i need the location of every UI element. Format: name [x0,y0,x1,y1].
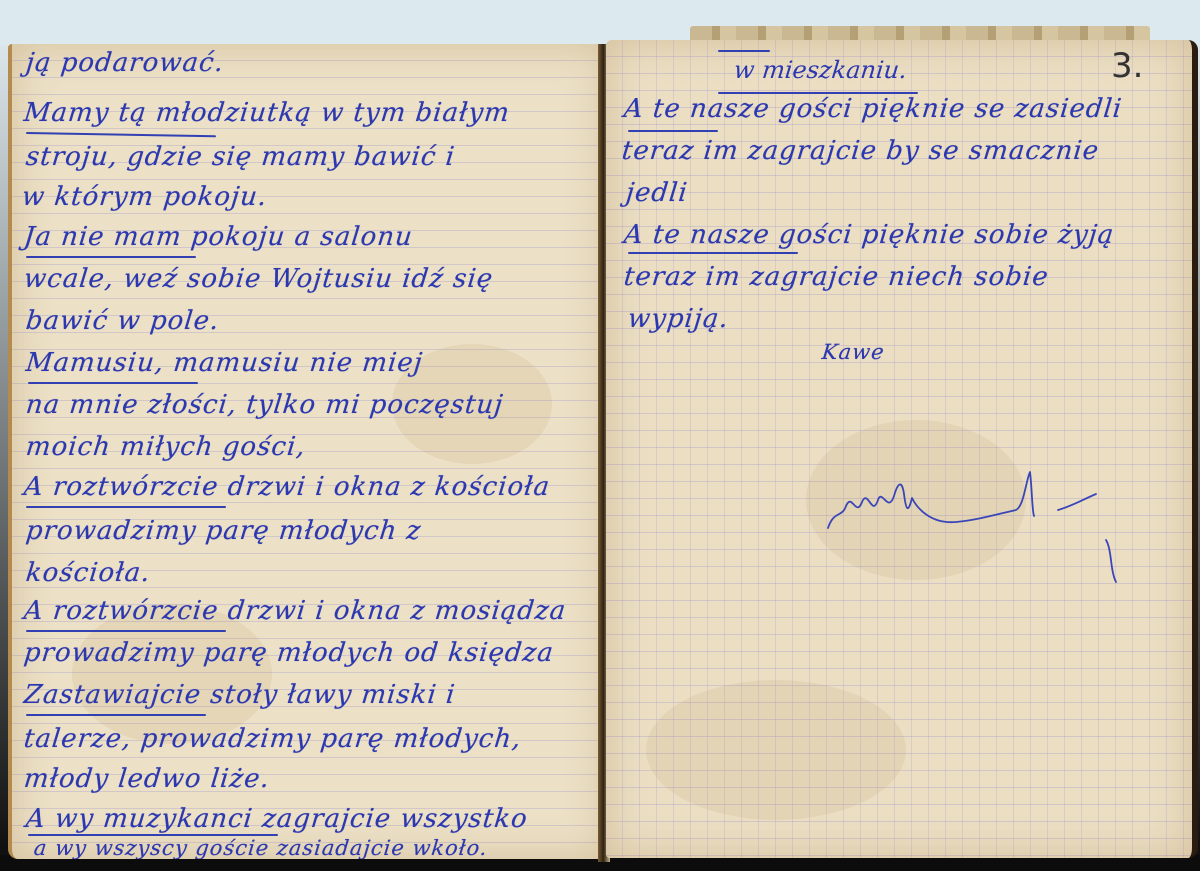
handwritten-line: Mamy tą młodziutką w tym białym [22,98,511,128]
handwritten-line: młody ledwo liże. [22,764,271,794]
handwritten-line: Mamusiu, mamusiu nie miej [24,348,424,378]
handwritten-line: kościoła. [24,558,152,588]
handwritten-line: ją podarować. [24,48,225,78]
handwritten-line: a wy wszyscy goście zasiadajcie wkoło. [33,836,489,859]
handwritten-line: na mnie złości, tylko mi poczęstuj [24,390,504,420]
handwritten-line: bawić w pole. [24,306,220,336]
handwritten-line: Ja nie mam pokoju a salonu [22,222,414,252]
handwritten-line: prowadzimy parę młodych od księdza [22,638,555,668]
handwritten-line: talerze, prowadzimy parę młodych, [22,724,522,754]
handwritten-line: stroju, gdzie się mamy bawić i [24,142,456,172]
handwritten-line: A roztwórzcie drzwi i okna z kościoła [22,472,551,502]
underline [26,506,226,508]
handwritten-line: A wy muzykanci zagrajcie wszystko [24,804,529,834]
underline [28,382,198,384]
underline [26,132,216,137]
left-notebook-page: ją podarować. Mamy tą młodziutką w tym b… [8,44,606,859]
handwritten-line: A roztwórzcie drzwi i okna z mosiądza [22,596,567,626]
handwritten-line: wcale, weź sobie Wojtusiu idź się [22,264,494,294]
underline [26,256,196,258]
underline [26,630,226,632]
underline [26,714,206,716]
handwritten-line: w którym pokoju. [20,182,268,212]
right-notebook-page: 3. w mieszkaniu. A te nasze gości piękni… [606,40,1198,858]
handwritten-line: moich miłych gości, [24,432,307,462]
handwritten-line: prowadzimy parę młodych z [24,516,422,546]
handwritten-line: Zastawiajcie stoły ławy miski i [22,680,457,710]
